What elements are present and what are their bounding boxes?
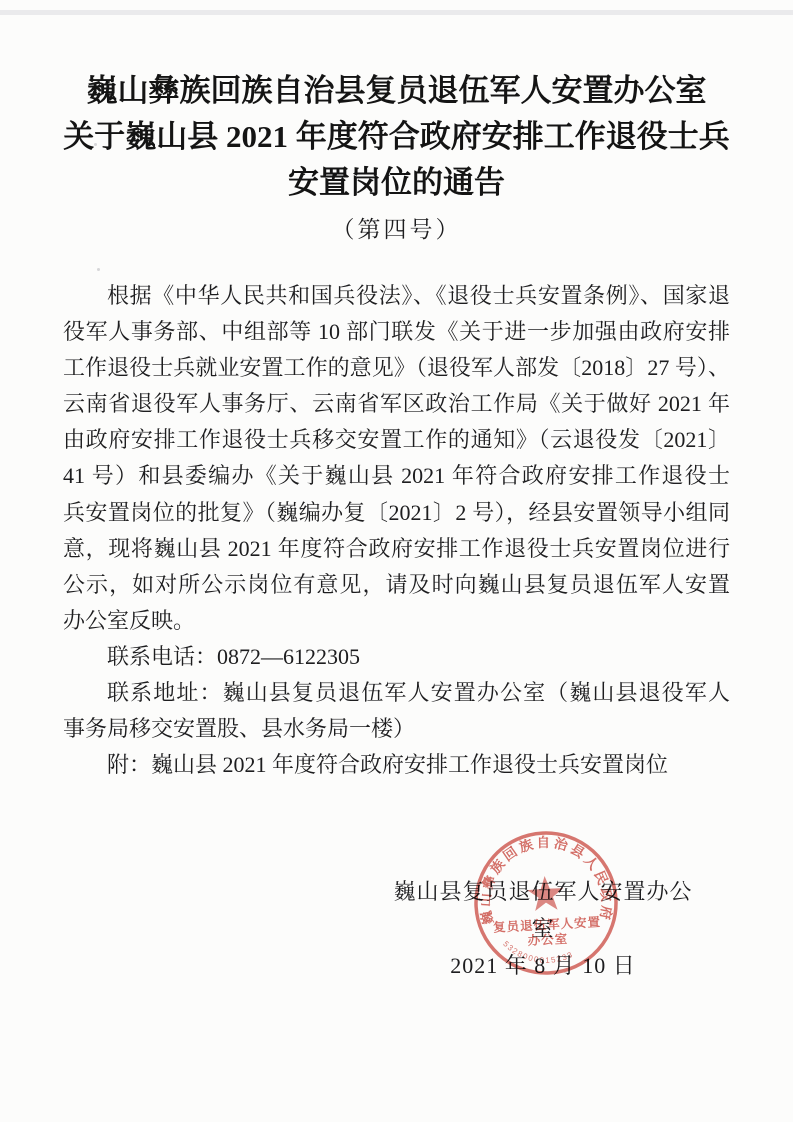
body-line: 兵安置岗位的批复》（巍编办复〔2021〕2 号），经县安置领导小组同 [63,495,730,531]
body-line: 根据《中华人民共和国兵役法》、《退役士兵安置条例》、国家退 [63,278,730,314]
scan-edge-artifact [0,10,793,15]
notice-body: 根据《中华人民共和国兵役法》、《退役士兵安置条例》、国家退 役军人事务部、中组部… [63,278,730,783]
body-line: 云南省退役军人事务厅、云南省军区政治工作局《关于做好 2021 年 [63,386,730,422]
contact-address-line: 联系地址：巍山县复员退伍军人安置办公室（巍山县退役军人 [63,675,730,711]
body-line: 役军人事务部、中组部等 10 部门联发《关于进一步加强由政府安排 [63,314,730,350]
title-line-1: 巍山彝族回族自治县复员退伍军人安置办公室 [0,68,793,114]
contact-address-line: 事务局移交安置股、县水务局一楼） [63,711,730,747]
title-line-3: 安置岗位的通告 [0,160,793,206]
seal-star-icon [527,875,565,911]
body-line: 意，现将巍山县 2021 年度符合政府安排工作退役士兵安置岗位进行 [63,531,730,567]
body-line: 工作退役士兵就业安置工作的意见》（退役军人部发〔2018〕27 号）、 [63,350,730,386]
notice-title: 巍山彝族回族自治县复员退伍军人安置办公室 关于巍山县 2021 年度符合政府安排… [0,68,793,206]
body-line: 公示，如对所公示岗位有意见，请及时向巍山县复员退伍军人安置 [63,567,730,603]
body-line: 由政府安排工作退役士兵移交安置工作的通知》（云退役发〔2021〕 [63,422,730,458]
seal-inner-line2: 办公室 [527,931,568,948]
seal-inner-line1: 复员退伍军人安置 [493,914,602,935]
contact-phone-line: 联系电话：0872—6122305 [63,639,730,675]
issue-number: （第四号） [0,211,793,244]
body-line: 41 号）和县委编办《关于巍山县 2021 年符合政府安排工作退役士 [63,458,730,494]
scan-speck [97,268,100,271]
official-seal-stamp: 巍山彝族回族自治县人民政府 复员退伍军人安置 办公室 5328000015233 [464,821,628,985]
body-line: 办公室反映。 [63,603,730,639]
title-line-2: 关于巍山县 2021 年度符合政府安排工作退役士兵 [0,114,793,160]
attachment-line: 附：巍山县 2021 年度符合政府安排工作退役士兵安置岗位 [63,747,730,783]
scanned-notice-page: 巍山彝族回族自治县复员退伍军人安置办公室 关于巍山县 2021 年度符合政府安排… [0,0,793,1122]
seal-ring [472,829,619,976]
